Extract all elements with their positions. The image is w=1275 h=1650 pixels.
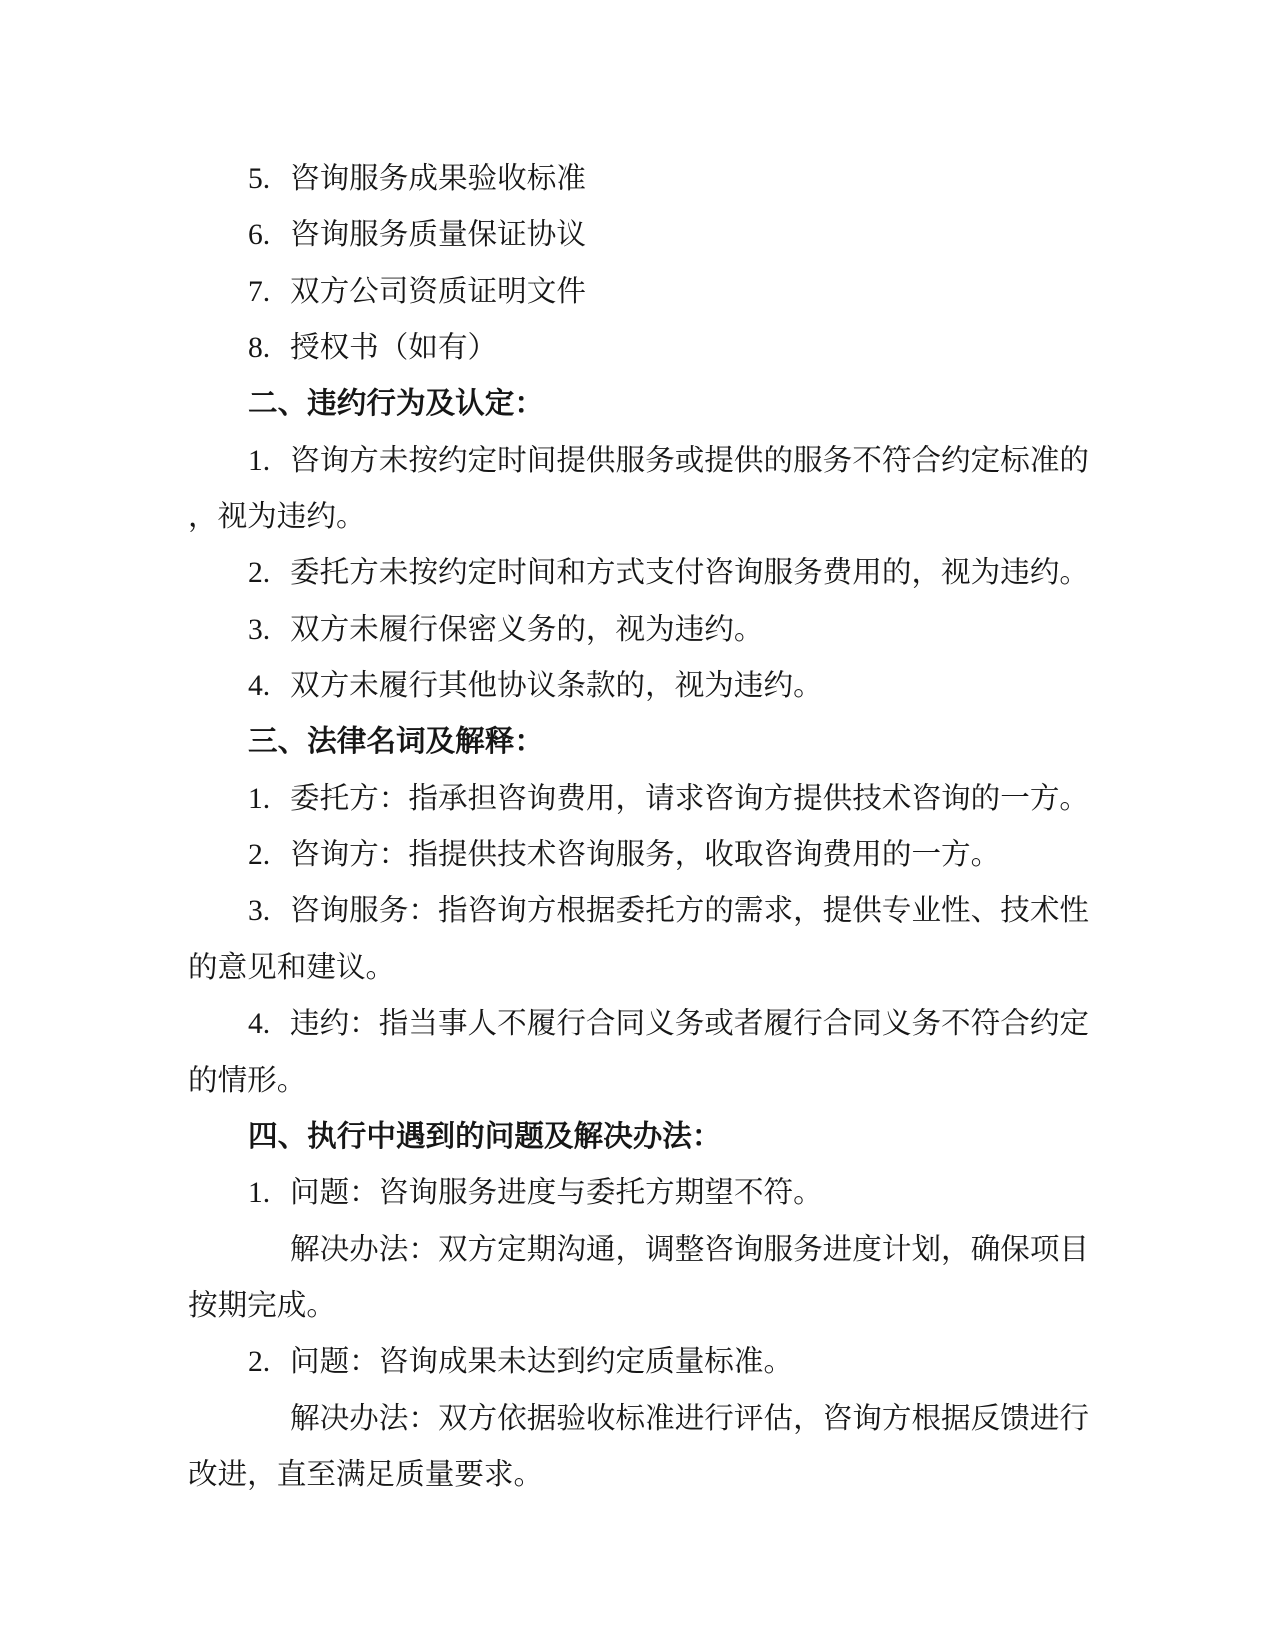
line-text: 咨询方：指提供技术咨询服务，收取咨询费用的一方。 [290, 839, 1000, 871]
list-item-line: 3.双方未履行保密义务的，视为违约。 [188, 602, 1198, 658]
line-text: 咨询方未按约定时间提供服务或提供的服务不符合约定标准的 [290, 445, 1089, 477]
list-item-line: 1.咨询方未按约定时间提供服务或提供的服务不符合约定标准的 [188, 433, 1198, 489]
line-text: 的意见和建议。 [188, 952, 395, 984]
line-text: 授权书（如有） [290, 332, 497, 364]
line-text: 违约：指当事人不履行合同义务或者履行合同义务不符合约定 [290, 1008, 1089, 1040]
line-text: 双方公司资质证明文件 [290, 276, 586, 308]
section-heading: 四、执行中遇到的问题及解决办法： [188, 1109, 1198, 1165]
list-item-number: 3. [248, 883, 290, 939]
document-page: 5.咨询服务成果验收标准6.咨询服务质量保证协议7.双方公司资质证明文件8.授权… [0, 0, 1275, 1650]
continuation-line: 按期完成。 [188, 1278, 1198, 1334]
line-text: 的情形。 [188, 1065, 306, 1097]
list-item-line: 8.授权书（如有） [188, 320, 1198, 376]
list-item-line: 5.咨询服务成果验收标准 [188, 151, 1198, 207]
section-heading: 三、法律名词及解释： [188, 714, 1198, 770]
line-text: 问题：咨询成果未达到约定质量标准。 [290, 1346, 793, 1378]
line-text: 改进，直至满足质量要求。 [188, 1459, 543, 1491]
solution-line: 解决办法：双方依据验收标准进行评估，咨询方根据反馈进行 [188, 1391, 1198, 1447]
heading-text: 三、法律名词及解释： [248, 725, 544, 758]
list-item-number: 3. [248, 602, 290, 658]
continuation-line: ，视为违约。 [188, 489, 1198, 545]
heading-text: 四、执行中遇到的问题及解决办法： [248, 1120, 722, 1153]
list-item-number: 5. [248, 151, 290, 207]
heading-text: 二、违约行为及认定： [248, 387, 544, 420]
solution-line: 解决办法：双方定期沟通，调整咨询服务进度计划，确保项目 [188, 1222, 1198, 1278]
list-item-line: 1.委托方：指承担咨询费用，请求咨询方提供技术咨询的一方。 [188, 771, 1198, 827]
list-item-number: 1. [248, 433, 290, 489]
line-text: 咨询服务成果验收标准 [290, 163, 586, 195]
document-body: 5.咨询服务成果验收标准6.咨询服务质量保证协议7.双方公司资质证明文件8.授权… [188, 151, 1198, 1503]
list-item-number: 2. [248, 1334, 290, 1390]
continuation-line: 的意见和建议。 [188, 940, 1198, 996]
line-text: ，视为违约。 [188, 501, 366, 533]
line-text: 委托方：指承担咨询费用，请求咨询方提供技术咨询的一方。 [290, 783, 1089, 815]
list-item-line: 3.咨询服务：指咨询方根据委托方的需求，提供专业性、技术性 [188, 883, 1198, 939]
list-item-number: 4. [248, 996, 290, 1052]
continuation-line: 的情形。 [188, 1053, 1198, 1109]
list-item-number: 7. [248, 264, 290, 320]
line-text: 问题：咨询服务进度与委托方期望不符。 [290, 1177, 823, 1209]
line-text: 咨询服务：指咨询方根据委托方的需求，提供专业性、技术性 [290, 895, 1089, 927]
list-item-line: 2.咨询方：指提供技术咨询服务，收取咨询费用的一方。 [188, 827, 1198, 883]
list-item-number: 2. [248, 827, 290, 883]
list-item-number: 1. [248, 771, 290, 827]
line-text: 双方未履行其他协议条款的，视为违约。 [290, 670, 823, 702]
continuation-line: 改进，直至满足质量要求。 [188, 1447, 1198, 1503]
line-text: 按期完成。 [188, 1290, 336, 1322]
list-item-line: 2.问题：咨询成果未达到约定质量标准。 [188, 1334, 1198, 1390]
line-text: 解决办法：双方依据验收标准进行评估，咨询方根据反馈进行 [290, 1403, 1089, 1435]
list-item-number: 8. [248, 320, 290, 376]
line-text: 双方未履行保密义务的，视为违约。 [290, 614, 764, 646]
list-item-number: 1. [248, 1165, 290, 1221]
list-item-number: 4. [248, 658, 290, 714]
line-text: 咨询服务质量保证协议 [290, 219, 586, 251]
line-text: 委托方未按约定时间和方式支付咨询服务费用的，视为违约。 [290, 557, 1089, 589]
list-item-line: 4.双方未履行其他协议条款的，视为违约。 [188, 658, 1198, 714]
list-item-number: 2. [248, 545, 290, 601]
list-item-line: 2.委托方未按约定时间和方式支付咨询服务费用的，视为违约。 [188, 545, 1198, 601]
line-text: 解决办法：双方定期沟通，调整咨询服务进度计划，确保项目 [290, 1234, 1089, 1266]
list-item-line: 6.咨询服务质量保证协议 [188, 207, 1198, 263]
section-heading: 二、违约行为及认定： [188, 376, 1198, 432]
list-item-line: 1.问题：咨询服务进度与委托方期望不符。 [188, 1165, 1198, 1221]
list-item-number: 6. [248, 207, 290, 263]
list-item-line: 7.双方公司资质证明文件 [188, 264, 1198, 320]
list-item-line: 4.违约：指当事人不履行合同义务或者履行合同义务不符合约定 [188, 996, 1198, 1052]
